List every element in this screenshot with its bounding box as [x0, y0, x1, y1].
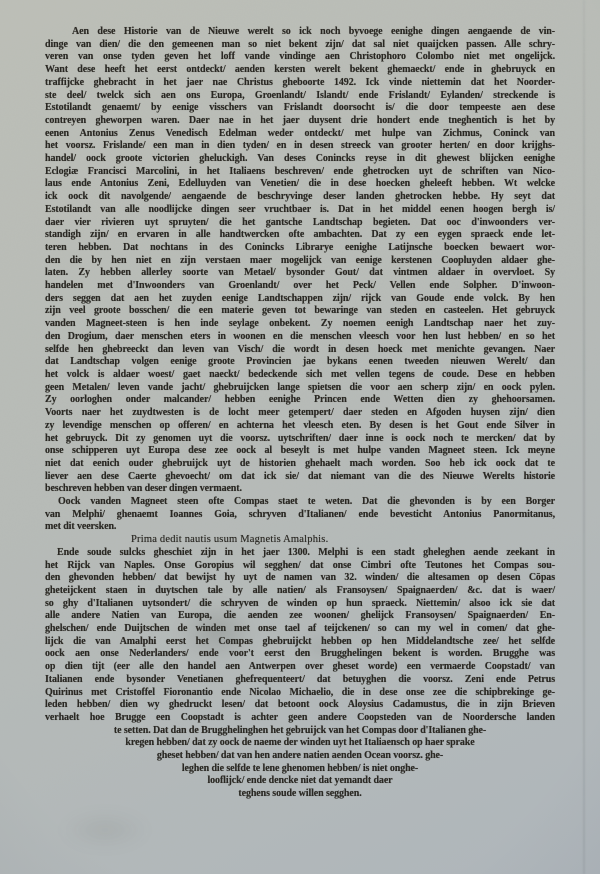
- text-line: liever aen dese Caerte ghevoecht/ om dat…: [45, 471, 555, 484]
- text-line: Oock vanden Magneet steen ofte Compas st…: [45, 496, 555, 509]
- text-line: teghens soude willen segghen.: [45, 788, 555, 801]
- text-line: ghelschen/ ende Duijtschen de winden met…: [45, 623, 555, 636]
- text-line: handel/ oock groote victorien gheluckigh…: [45, 153, 555, 166]
- text-line: het voorsz. Frislande/ een man in dien t…: [45, 140, 555, 153]
- text-line: beschreven hebben van deser dingen verma…: [45, 483, 555, 496]
- text-line: zijn veel groote bosschen/ die een mater…: [45, 305, 555, 318]
- paragraph-compas-amalphi: Ende soude sulcks gheschiet zijn in het …: [45, 547, 555, 725]
- page-edge-crease: [583, 0, 585, 874]
- text-line: Zy oorloghen onder malcander/ hebben een…: [45, 394, 555, 407]
- text-line: Italianen ende bysonder Venetianen ghefr…: [45, 674, 555, 687]
- text-line: het gebruyck. Dit zy genomen uyt die voo…: [45, 433, 555, 446]
- text-line: ste deel/ twelck sich aen ons Europa, Gr…: [45, 90, 555, 103]
- text-line: op dien tijt (eer alle den handel aen An…: [45, 661, 555, 674]
- text-line: Aen dese Historie van de Nieuwe werelt s…: [45, 26, 555, 39]
- text-line: den ghevonden hebben/ dat bewijst hy uyt…: [45, 572, 555, 585]
- text-line: te setten. Dat dan de Brugghelinghen het…: [45, 725, 555, 738]
- text-line: standigh zijn/ en ervaren in alle handtw…: [45, 229, 555, 242]
- text-line: teren hebben. Dat nochtans in des Coninc…: [45, 242, 555, 255]
- text-line: dat Landtschap volgen eenige groote Prov…: [45, 356, 555, 369]
- text-line: leden hebben/ dien wy ghedruckt lesen/ d…: [45, 699, 555, 712]
- text-line: oock aen onse Nederlanders/ ende voor't …: [45, 648, 555, 661]
- text-line: so ghy d'Italianen uytsondert/ die schry…: [45, 598, 555, 611]
- text-line: Quirinus met Cristoffel Fioronantio ende…: [45, 687, 555, 700]
- text-line: kregen hebben/ dat zy oock de naeme der …: [45, 737, 555, 750]
- text-line: gheteijckent staen in duytschen tale by …: [45, 585, 555, 598]
- text-line: traffijcke ghebracht in het jaer nae Chr…: [45, 77, 555, 90]
- text-line: daer vier rivieren uyt spruyten/ die het…: [45, 217, 555, 230]
- text-line: selfde hen ghebreeckt dan leven van Visc…: [45, 344, 555, 357]
- text-line: niet dat eenich ouder ghebruijck uyt de …: [45, 458, 555, 471]
- scanned-book-page: Aen dese Historie van de Nieuwe werelt s…: [0, 0, 600, 874]
- text-line: alle andere Natien van Europa, die aende…: [45, 610, 555, 623]
- text-line: onse schipperen uyt Europa dese zee oock…: [45, 445, 555, 458]
- text-line: verhaelt hoe Brugge een Coopstadt is ach…: [45, 712, 555, 725]
- text-line: den Drogium, daer menschen eters in woon…: [45, 331, 555, 344]
- text-line: het Rijck van Naples. Onse Goropius wil …: [45, 560, 555, 573]
- paragraph-historie-nieuwe-werelt: Aen dese Historie van de Nieuwe werelt s…: [45, 26, 555, 496]
- text-line: lijck die van Amalphi eerst het Compas g…: [45, 636, 555, 649]
- text-line: geen Metalen/ leven vande jacht/ ghebrui…: [45, 382, 555, 395]
- text-line: Ende soude sulcks gheschiet zijn in het …: [45, 547, 555, 560]
- text-line: dinge van dien/ die den gemeenen man so …: [45, 39, 555, 52]
- text-line: looflijck/ ende dencke niet dat yemandt …: [45, 775, 555, 788]
- closing-tapered-lines: te setten. Dat dan de Brugghelinghen het…: [45, 725, 555, 801]
- printed-text-block: Aen dese Historie van de Nieuwe werelt s…: [45, 26, 555, 801]
- text-line: Estotilandt genaemt/ by eenige visschers…: [45, 102, 555, 115]
- text-line: contreyen gheworpen waren. Daer nae in h…: [45, 115, 555, 128]
- paragraph-magneet-steen: Oock vanden Magneet steen ofte Compas st…: [45, 496, 555, 534]
- text-line: handelen met d'Inwoonders van Groenlandt…: [45, 280, 555, 293]
- text-line: van Melphi/ ghenaemt Ioannes Goia, schry…: [45, 509, 555, 522]
- paper-stain: [60, 810, 150, 850]
- text-line: eenen Antonius Zenus Venedisch Edelman w…: [45, 128, 555, 141]
- text-line: ders seggen dat aen het zuyden eenige La…: [45, 293, 555, 306]
- latin-verse: Prima dedit nautis usum Magnetis Amalphi…: [45, 534, 555, 547]
- text-line: gheset hebben/ dat van hen andere natien…: [45, 750, 555, 763]
- text-line: laus ende Antonius Zeni, Edelluyden van …: [45, 178, 555, 191]
- text-line: den die by hen niet en zijn verstaen mae…: [45, 255, 555, 268]
- text-line: Voorts naer het zuydtwesten is de locht …: [45, 407, 555, 420]
- text-line: Want dese heeft het eerst ontdeckt/ aend…: [45, 64, 555, 77]
- text-line: zy levendige menschen op offeren/ en ach…: [45, 420, 555, 433]
- text-line: leghen die selfde te lene ghenomen hebbe…: [45, 763, 555, 776]
- text-line: vanden Magneet-steen is hen inde seylage…: [45, 318, 555, 331]
- text-line: laten. Zy hebben allerley soorte van Met…: [45, 267, 555, 280]
- text-line: Eclogiæ Francisci Marcolini, in het Ital…: [45, 166, 555, 179]
- text-line: met dit veersken.: [45, 521, 555, 534]
- text-line: het volck is aldaer woest/ gaet naeckt/ …: [45, 369, 555, 382]
- text-line: ick oock dit navolgende/ aengaende de be…: [45, 191, 555, 204]
- text-line: veren van onse tyden geven het loff vand…: [45, 51, 555, 64]
- text-line: Estotilandt van alle noodlijcke dingen s…: [45, 204, 555, 217]
